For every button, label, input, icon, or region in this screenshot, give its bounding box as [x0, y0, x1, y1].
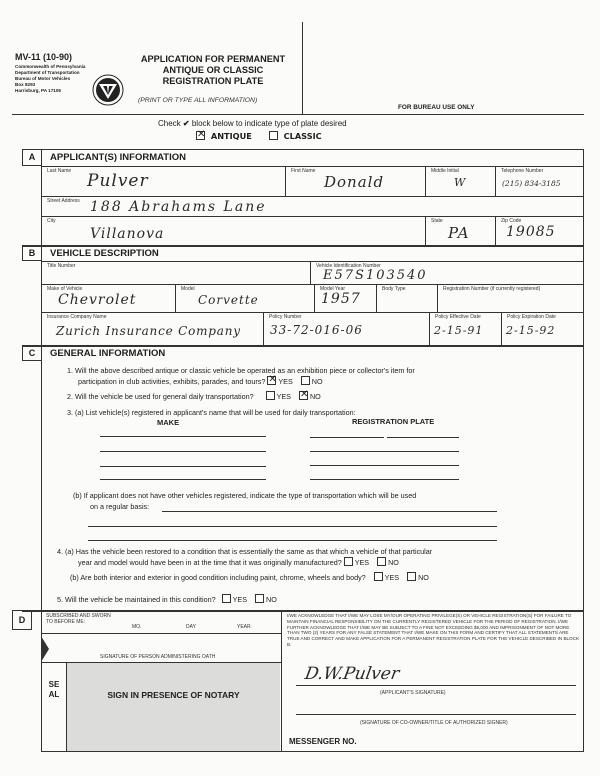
vin-value: E57S103540	[323, 268, 428, 283]
policy-expiration-label: Policy Expiration Date	[507, 314, 556, 320]
telephone-label: Telephone Number	[501, 168, 543, 174]
make-column-header: MAKE	[157, 418, 179, 427]
checkmark-icon: ✔	[183, 119, 190, 128]
body-type-field[interactable]: Body Type	[377, 284, 437, 312]
applicant-signature-line[interactable]	[296, 685, 576, 686]
arrow-pointer-icon	[41, 636, 49, 662]
policy-effective-value: 2-15-91	[434, 324, 483, 337]
telephone-field[interactable]: Telephone Number (215) 834-3185	[496, 166, 584, 196]
coowner-signature-line[interactable]	[296, 714, 576, 715]
zip-field[interactable]: Zip Code 19085	[496, 216, 584, 245]
question-4a-line2: year and model would have been in at the…	[78, 557, 405, 567]
model-field[interactable]: Model Corvette	[176, 284, 310, 312]
model-value: Corvette	[198, 293, 259, 307]
messenger-number-label: MESSENGER NO.	[289, 737, 357, 746]
transport-line-3[interactable]	[88, 540, 497, 541]
prompt-check: Check	[158, 119, 181, 128]
registration-number-label: Registration Number (if currently regist…	[443, 286, 540, 292]
make-value: Chevrolet	[58, 292, 136, 308]
model-year-value: 1957	[321, 291, 361, 307]
notary-area	[67, 663, 280, 751]
plate-line-1b[interactable]	[387, 437, 459, 438]
insurance-company-value: Zurich Insurance Company	[56, 324, 241, 338]
q5-no-checkbox[interactable]	[255, 594, 264, 603]
print-instruction: (PRINT OR TYPE ALL INFORMATION)	[138, 97, 257, 104]
sworn-line: TO BEFORE ME:	[46, 620, 111, 626]
policy-number-label: Policy Number	[269, 314, 302, 320]
plate-line-2[interactable]	[310, 451, 459, 452]
title-number-field[interactable]: Title Number	[42, 261, 310, 284]
title-line: ANTIQUE OR CLASSIC	[128, 65, 298, 76]
make-field[interactable]: Make of Vehicle Chevrolet	[42, 284, 175, 312]
last-name-label: Last Name	[47, 168, 71, 174]
city-field[interactable]: City Villanova	[42, 216, 425, 245]
middle-initial-label: Middle Initial	[431, 168, 459, 174]
zip-value: 19085	[506, 224, 556, 240]
q1-yes-label: YES	[278, 377, 292, 386]
insurance-company-field[interactable]: Insurance Company Name Zurich Insurance …	[42, 312, 263, 345]
question-3b-line1: (b) If applicant does not have other veh…	[73, 491, 416, 500]
year-label[interactable]: YEAR	[237, 624, 251, 630]
section-b-title: VEHICLE DESCRIPTION	[50, 248, 159, 259]
last-name-value: Pulver	[87, 171, 149, 191]
q1-no-label: NO	[312, 377, 323, 386]
question-2: 2. Will the vehicle be used for general …	[67, 391, 327, 401]
classic-label: CLASSIC	[284, 131, 322, 141]
question-1-line2: participation in club activities, exhibi…	[78, 376, 329, 386]
seal-label: SEAL	[48, 680, 60, 700]
plate-type-options: ANTIQUE CLASSIC	[196, 131, 322, 141]
street-address-value: 188 Abrahams Lane	[90, 199, 267, 215]
title-line: REGISTRATION PLATE	[128, 76, 298, 87]
q4a-yes-checkbox[interactable]	[344, 557, 353, 566]
section-c-title: GENERAL INFORMATION	[50, 348, 165, 359]
question-4b: (b) Are both interior and exterior in go…	[70, 572, 435, 582]
q1-yes-checkbox[interactable]	[267, 376, 276, 385]
middle-initial-field[interactable]: Middle Initial W	[426, 166, 496, 196]
section-d-letter: D	[12, 615, 32, 625]
q2-no-label: NO	[310, 392, 321, 401]
q1-no-checkbox[interactable]	[301, 376, 310, 385]
q4a-no-checkbox[interactable]	[377, 557, 386, 566]
middle-initial-value: W	[454, 176, 466, 189]
make-line-4[interactable]	[100, 479, 266, 480]
city-label: City	[47, 218, 56, 224]
classic-checkbox[interactable]	[269, 131, 278, 140]
street-address-field[interactable]: Street Address 188 Abrahams Lane	[42, 196, 584, 216]
model-label: Model	[181, 286, 195, 292]
notary-label: SIGN IN PRESENCE OF NOTARY	[67, 690, 280, 700]
question-4b-text: (b) Are both interior and exterior in go…	[70, 573, 366, 582]
q2-yes-label: YES	[277, 392, 291, 401]
make-line-2[interactable]	[100, 451, 266, 452]
policy-number-field[interactable]: Policy Number 33-72-016-06	[264, 312, 429, 345]
insurance-company-label: Insurance Company Name	[47, 314, 106, 320]
plate-line-1a[interactable]	[310, 437, 384, 438]
q2-yes-checkbox[interactable]	[266, 391, 275, 400]
agency-line: Harrisburg, PA 17105	[15, 88, 85, 94]
header-divider	[12, 114, 584, 115]
question-4a-line1: 4. (a) Has the vehicle been restored to …	[57, 547, 432, 556]
antique-label: ANTIQUE	[211, 131, 252, 141]
coowner-signature-label: (SIGNATURE OF CO-OWNER/TITLE OF AUTHORIZ…	[360, 720, 508, 726]
section-b-letter: B	[22, 248, 42, 258]
policy-effective-label: Policy Effective Date	[435, 314, 481, 320]
last-name-field[interactable]: Last Name Pulver	[42, 166, 285, 196]
body-type-label: Body Type	[382, 286, 406, 292]
telephone-value: (215) 834-3185	[502, 179, 561, 188]
state-field[interactable]: State PA	[426, 216, 496, 245]
agency-address: Commonwealth of Pennsylvania Department …	[15, 64, 85, 94]
make-line-1[interactable]	[100, 436, 266, 437]
applicant-signature-value: D.W.Pulver	[303, 664, 400, 684]
question-5: 5. Will the vehicle be maintained in thi…	[57, 594, 283, 604]
q2-no-checkbox[interactable]	[299, 391, 308, 400]
q5-no-label: NO	[266, 595, 277, 604]
plate-type-prompt: Check ✔ block below to indicate type of …	[158, 119, 347, 128]
state-label: State	[431, 218, 443, 224]
divider	[22, 610, 584, 612]
day-label[interactable]: DAY	[186, 624, 196, 630]
divider	[22, 345, 584, 347]
q4a-no-label: NO	[388, 558, 399, 567]
street-address-label: Street Address	[47, 198, 80, 204]
divider	[22, 245, 584, 247]
q4b-no-checkbox[interactable]	[407, 572, 416, 581]
month-label[interactable]: MO.	[132, 624, 141, 630]
policy-number-value: 33-72-016-06	[270, 323, 363, 337]
applicant-signature-label: (APPLICANT'S SIGNATURE)	[380, 690, 446, 696]
city-value: Villanova	[90, 226, 164, 242]
q4b-no-label: NO	[418, 573, 429, 582]
bureau-box-divider	[302, 22, 303, 114]
registration-number-field[interactable]: Registration Number (if currently regist…	[438, 284, 584, 312]
first-name-field[interactable]: First Name Donald	[286, 166, 424, 196]
prompt-rest: block below to indicate type of plate de…	[192, 119, 347, 128]
section-c-letter: C	[22, 348, 42, 358]
q4b-yes-checkbox[interactable]	[374, 572, 383, 581]
section-a-letter: A	[22, 152, 42, 162]
sworn-label: SUBSCRIBED AND SWORN TO BEFORE ME:	[46, 614, 111, 625]
question-1-line1: 1. Will the above described antique or c…	[67, 366, 415, 375]
antique-checkbox[interactable]	[196, 131, 205, 140]
transport-line-1[interactable]	[162, 511, 497, 512]
state-value: PA	[448, 224, 470, 242]
vin-field[interactable]: Vehicle Identification Number E57S103540	[311, 261, 584, 284]
q5-yes-checkbox[interactable]	[222, 594, 231, 603]
make-line-3[interactable]	[100, 466, 266, 467]
policy-effective-field[interactable]: Policy Effective Date 2-15-91	[430, 312, 501, 345]
q4a-yes-label: YES	[355, 558, 369, 567]
model-year-field[interactable]: Model Year 1957	[315, 284, 376, 312]
plate-column-header: REGISTRATION PLATE	[352, 417, 434, 426]
title-line: APPLICATION FOR PERMANENT	[128, 54, 298, 65]
q4b-yes-label: YES	[385, 573, 399, 582]
plate-line-4[interactable]	[310, 479, 459, 480]
first-name-value: Donald	[324, 173, 384, 191]
policy-expiration-field[interactable]: Policy Expiration Date 2-15-92	[502, 312, 584, 345]
form-number: MV-11 (10-90)	[15, 52, 72, 62]
acknowledgement-text: I/WE ACKNOWLEDGE THAT I/WE MAY LOSE MY/O…	[287, 613, 579, 648]
question-3b-line2: on a regular basis:	[90, 502, 149, 511]
policy-expiration-value: 2-15-92	[506, 324, 555, 337]
title-number-label: Title Number	[47, 263, 75, 269]
oath-signature-label: SIGNATURE OF PERSON ADMINISTERING OATH	[100, 654, 215, 660]
question-1-text: participation in club activities, exhibi…	[78, 377, 265, 386]
section-a-title: APPLICANT(S) INFORMATION	[50, 152, 186, 163]
first-name-label: First Name	[291, 168, 315, 174]
divider	[41, 633, 281, 634]
transport-line-2[interactable]	[88, 526, 497, 527]
section-d-divider	[281, 610, 282, 752]
form-title: APPLICATION FOR PERMANENT ANTIQUE OR CLA…	[128, 54, 298, 87]
q5-yes-label: YES	[233, 595, 247, 604]
question-3a: 3. (a) List vehicle(s) registered in app…	[67, 408, 356, 417]
plate-line-3[interactable]	[310, 465, 459, 466]
penndot-keystone-logo-icon	[92, 74, 124, 106]
question-5-text: 5. Will the vehicle be maintained in thi…	[57, 595, 216, 604]
bureau-use-label: FOR BUREAU USE ONLY	[398, 104, 474, 111]
question-4a-text: year and model would have been in at the…	[78, 558, 342, 567]
question-2-text: 2. Will the vehicle be used for general …	[67, 392, 254, 401]
